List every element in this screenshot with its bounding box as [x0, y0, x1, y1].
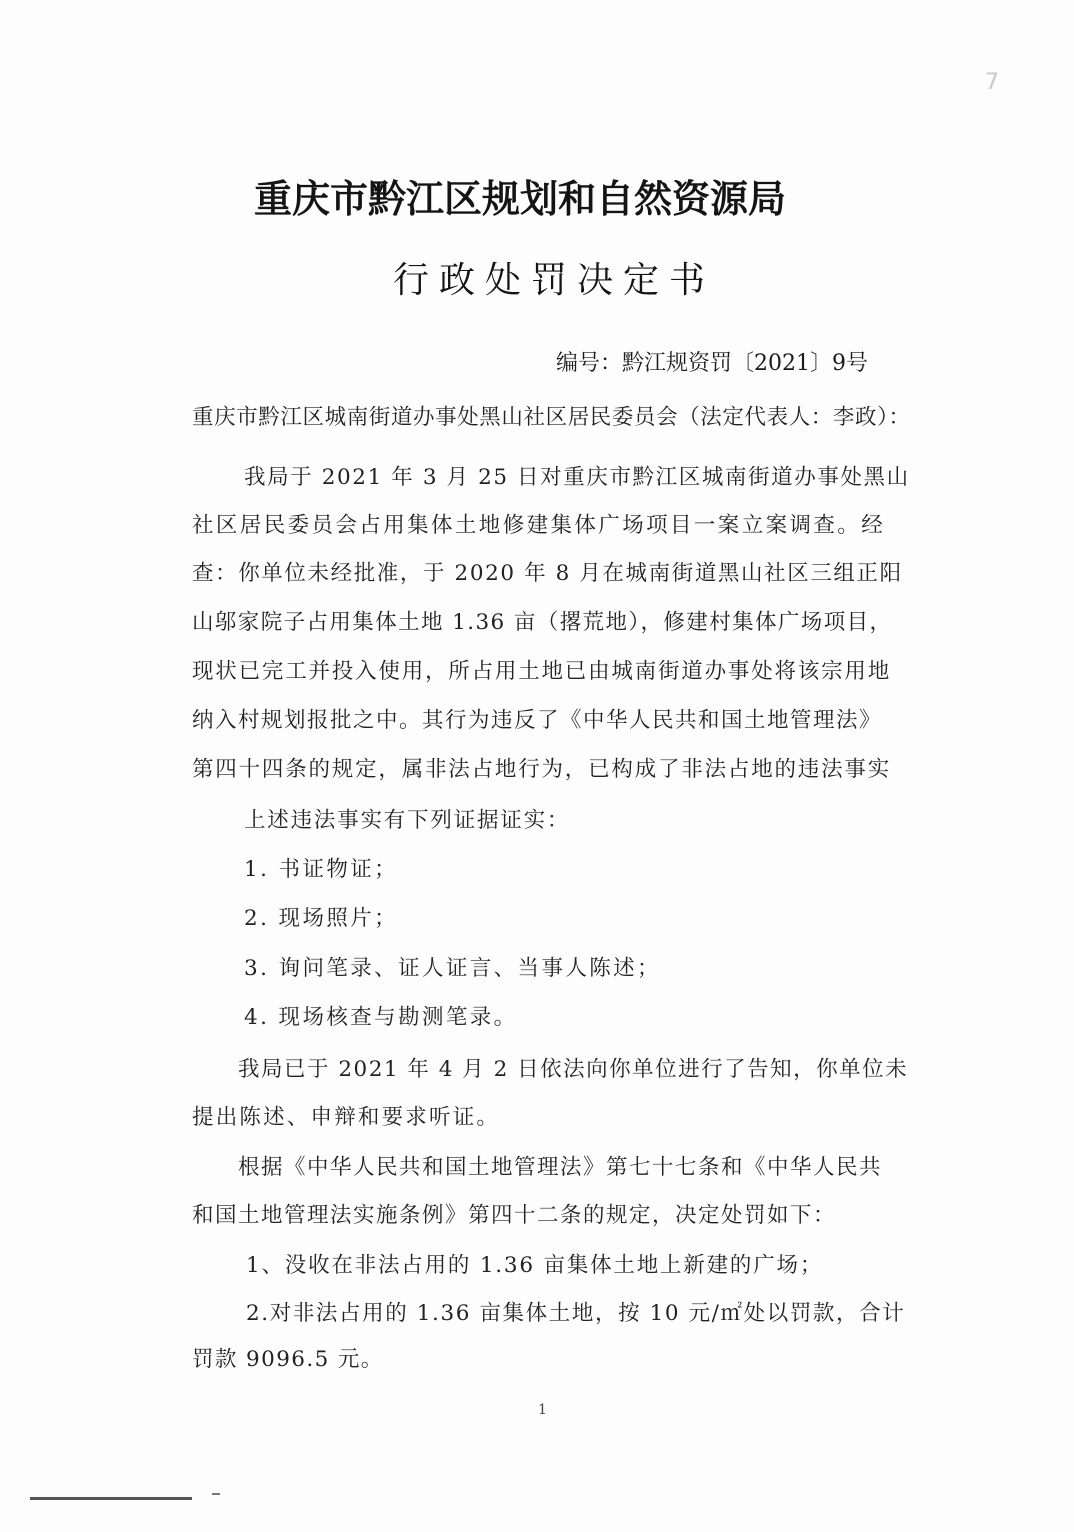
body-line: 提出陈述、申辩和要求听证。: [192, 1100, 500, 1131]
footer-mark: [212, 1493, 220, 1495]
penalty-item-2: 2.对非法占用的 1.36 亩集体土地，按 10 元/㎡处以罚款，合计: [246, 1296, 905, 1327]
evidence-item-1: 1. 书证物证；: [244, 852, 398, 883]
document-number: 编号：黔江规资罚〔2021〕9号: [556, 346, 868, 377]
footer-rule: [30, 1497, 192, 1500]
body-line: 和国土地管理法实施条例》第四十二条的规定，决定处罚如下：: [192, 1198, 836, 1229]
evidence-intro: 上述违法事实有下列证据证实：: [244, 803, 570, 834]
body-line: 查：你单位未经批准，于 2020 年 8 月在城南街道黑山社区三组正阳: [192, 556, 903, 587]
body-line: 社区居民委员会占用集体土地修建集体广场项目一案立案调查。经: [192, 508, 885, 539]
evidence-item-3: 3. 询问笔录、证人证言、当事人陈述；: [244, 951, 661, 982]
penalty-item-1: 1、没收在非法占用的 1.36 亩集体土地上新建的广场；: [246, 1248, 823, 1279]
body-line: 根据《中华人民共和国土地管理法》第七十七条和《中华人民共: [238, 1150, 882, 1181]
page-number: 1: [538, 1402, 547, 1418]
document-page: 7 重庆市黔江区规划和自然资源局 行政处罚决定书 编号：黔江规资罚〔2021〕9…: [0, 0, 1074, 1532]
body-line: 我局已于 2021 年 4 月 2 日依法向你单位进行了告知，你单位未: [238, 1052, 908, 1083]
body-line: 纳入村规划报批之中。其行为违反了《中华人民共和国土地管理法》: [192, 703, 882, 734]
addressee-line: 重庆市黔江区城南街道办事处黑山社区居民委员会（法定代表人：李政）：: [192, 400, 911, 431]
evidence-item-2: 2. 现场照片；: [244, 901, 398, 932]
evidence-item-4: 4. 现场核查与勘测笔录。: [244, 1000, 518, 1031]
document-type-title: 行政处罚决定书: [393, 252, 715, 303]
penalty-item-2-cont: 罚款 9096.5 元。: [192, 1342, 384, 1373]
issuing-authority-title: 重庆市黔江区规划和自然资源局: [0, 168, 1074, 223]
body-line: 第四十四条的规定，属非法占地行为，已构成了非法占地的违法事实: [192, 752, 891, 783]
handwritten-page-mark: 7: [985, 70, 999, 95]
body-line: 现状已完工并投入使用，所占用土地已由城南街道办事处将该宗用地: [192, 654, 891, 685]
body-line: 我局于 2021 年 3 月 25 日对重庆市黔江区城南街道办事处黑山: [244, 460, 910, 491]
body-line: 山邬家院子占用集体土地 1.36 亩（撂荒地），修建村集体广场项目，: [192, 605, 892, 636]
